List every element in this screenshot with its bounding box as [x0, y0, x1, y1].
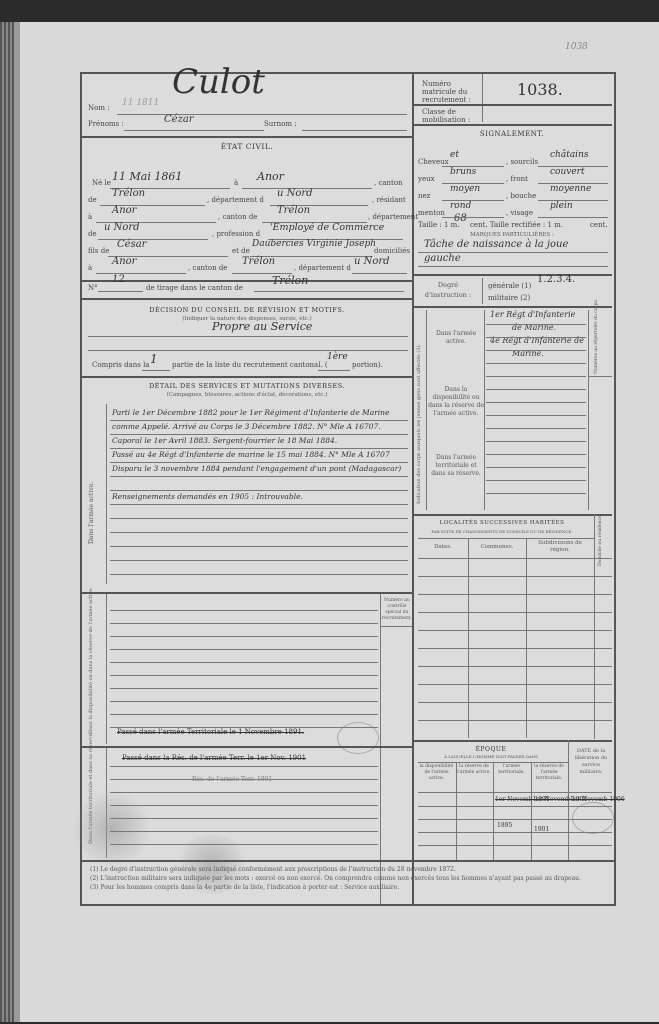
epoque-title: ÉPOQUE — [416, 746, 566, 753]
tirage-canton: Trélon — [272, 274, 308, 287]
tirage-no-label: N° — [88, 284, 98, 292]
epoque-value: 1er Novemb 1906 — [570, 796, 625, 803]
mother-name: Daubercies Virginie Joseph — [252, 239, 376, 249]
profession-label: , profession d — [212, 230, 260, 238]
signalement-label: yeux — [418, 175, 435, 183]
generale-value: 1.2.3.4. — [537, 274, 575, 285]
signalement-label: , bouche — [506, 192, 536, 200]
partie-value: 1 — [150, 352, 158, 366]
portion-label: portion). — [352, 361, 383, 369]
service-line: Renseignements demandés en 1905 : Introu… — [112, 492, 303, 501]
signalement-label: , front — [506, 175, 528, 183]
signalement-value: moyenne — [550, 184, 591, 194]
decision-title: DÉCISION DU CONSEIL DE RÉVISION ET MOTIF… — [82, 306, 412, 314]
passe-territoriale: Passé dans l'armée Territoriale le 1 Nov… — [117, 728, 304, 736]
signalement-value: moyen — [450, 184, 480, 194]
surname: Culot — [172, 62, 265, 102]
canton-label: , canton — [374, 179, 403, 187]
service-line: Caporal le 1er Avril 1883. Sergent-fourr… — [112, 436, 337, 445]
services-subtitle: (Campagnes, blessures, actions d'éclat, … — [82, 392, 412, 398]
militaire-label: militaire (2) — [488, 294, 530, 302]
localites-col-dates: Dates. — [418, 544, 468, 551]
residence-canton: Trélon — [277, 205, 310, 216]
signalement-value: châtains — [550, 150, 588, 160]
tirage-number: 12 — [112, 274, 125, 285]
a-label-2: à — [88, 213, 92, 221]
portion-value: 1ère — [327, 352, 348, 362]
canton-dom-label: , canton de — [188, 264, 227, 272]
corps-disponibilite-label: Dans la disponibilité ou dans la réserve… — [428, 386, 484, 418]
signalement-value: bruns — [450, 167, 476, 177]
departement-dom-label: , département d — [294, 264, 351, 272]
taille-cm-label: cent. Taille rectifiée : 1 m. — [470, 221, 563, 229]
signalement-label: , visage — [506, 209, 533, 217]
matricule-number: 1038. — [517, 80, 563, 99]
corps-territoriale-label: Dans l'armée territoriale et dans sa rés… — [428, 454, 484, 478]
canton-res-label: , canton de — [218, 213, 257, 221]
birth-departement: u Nord — [277, 188, 313, 199]
footnote: (2) L'instruction militaire sera indiqué… — [90, 875, 581, 882]
signalement-label: nez — [418, 192, 430, 200]
signalement-value: rond — [450, 201, 471, 211]
footnote: (1) Le degré d'instruction générale sera… — [90, 866, 456, 873]
fils-de-label: fils de — [88, 247, 109, 255]
residence-departement: u Nord — [104, 222, 140, 233]
stain — [72, 789, 152, 869]
localites-title: LOCALITÉS SUCCESSIVES HABITÉES — [412, 520, 592, 526]
signalement-value: plein — [550, 201, 573, 211]
degre-label: Degré d'instruction : — [418, 280, 478, 300]
epoque-column: l'armée territoriale. — [493, 764, 530, 776]
corps-side-label: Indication des corps auxquels les jeunes… — [416, 344, 422, 504]
epoque-column: la disponibilité de l'armée active. — [418, 764, 455, 782]
corps-active-line: 1er Régt d'Infanterie — [490, 310, 575, 319]
signalement-label: , sourcils — [506, 158, 538, 166]
epoque-column: la réserve de l'armée territoriale. — [531, 764, 568, 782]
localites-col-subdivisions: Subdivisions de région. — [528, 540, 592, 554]
services-title: DÉTAIL DES SERVICES ET MUTATIONS DIVERSE… — [82, 382, 412, 390]
corps-active-label: Dans l'armée active. — [428, 330, 484, 346]
signalement-label: menton — [418, 209, 445, 217]
profession: 'Employé de Commerce — [270, 222, 384, 233]
departement2-label: , département — [368, 213, 418, 221]
footnote: (3) Pour les hommes compris dans la 4e p… — [90, 884, 399, 891]
de-label: de — [88, 196, 97, 204]
epoque-year: 1901 — [534, 826, 549, 833]
numero-controle-label: Numéro au contrôle spécial du recrutemen… — [382, 598, 412, 622]
prenoms-label: Prénoms : — [88, 120, 124, 128]
service-line: Parti le 1er Décembre 1882 pour le 1er R… — [112, 408, 389, 417]
page-number: 1038 — [565, 42, 588, 52]
decision-value: Propre au Service — [212, 320, 312, 333]
signalement-label: Cheveux — [418, 158, 449, 166]
father-name: César — [117, 239, 146, 250]
domicile-departement: u Nord — [354, 256, 390, 267]
compris-label: Compris dans la — [92, 361, 149, 369]
passe-reserve: Passé dans la Rés. de l'armée Terr. le 1… — [122, 754, 306, 762]
domicile-canton: Trélon — [242, 256, 275, 267]
nom-prefix: 11 1811 — [122, 98, 159, 108]
corps-right-label: Numéros au répertoire du corps. — [594, 299, 599, 374]
departement-label: , département d — [207, 196, 264, 204]
signalement-title: SIGNALEMENT. — [412, 130, 612, 138]
service-line: Disparu le 3 novembre 1884 pendant l'eng… — [112, 464, 401, 473]
birth-canton: Trélon — [112, 188, 145, 199]
residence: Anor — [112, 205, 136, 216]
birth-date: 11 Mai 1861 — [112, 170, 182, 183]
ne-le-label: Né le — [92, 179, 111, 187]
signalement-value: et — [450, 150, 459, 160]
service-line: comme Appelé. Arrivé au Corps le 3 Décem… — [112, 422, 381, 431]
epoque-date-label: DATE de la libération du service militai… — [570, 748, 612, 776]
signalement-value: couvert — [550, 167, 585, 177]
matricule-label: Numéro matricule du recrutement : — [422, 80, 482, 104]
service-line: Passé au 4e Régt d'Infanterie de marine … — [112, 450, 390, 459]
domicilies-label: domiciliés — [374, 247, 410, 255]
services-side-label: Dans l'armée active. — [88, 482, 95, 544]
prenoms: Cézar — [164, 114, 194, 125]
a-label: à — [234, 179, 238, 187]
classe-label: Classe de mobilisation : — [422, 108, 482, 124]
tirage-label: de tirage dans le canton de — [146, 284, 243, 292]
generale-label: générale (1) — [488, 282, 531, 290]
epoque-column: la réserve de l'armée active. — [456, 764, 493, 776]
localites-col-communes: Communes. — [468, 544, 526, 551]
etat-civil-title: ÉTAT CIVIL. — [82, 142, 412, 151]
nom-label: Nom : — [88, 104, 110, 112]
surnom-label: Surnom : — [264, 120, 297, 128]
partie-label: partie de la liste du recrutement canton… — [172, 361, 328, 369]
taille-value: 68 — [454, 213, 467, 224]
localites-subtitle: PAR SUITE DE CHANGEMENTS DE DOMICILE OU … — [412, 529, 592, 534]
de-label-2: de — [88, 230, 97, 238]
et-de-label: et de — [232, 247, 250, 255]
military-register-form: Culot Nom : 11 1811 Prénoms : Cézar Surn… — [80, 72, 616, 906]
epoque-year: 1895 — [497, 822, 512, 829]
epoque-subtitle: À LAQUELLE L'HOMME DOIT PASSER DANS — [416, 754, 566, 759]
birth-place: Anor — [257, 170, 284, 183]
a-label-3: à — [88, 264, 92, 272]
residant-label: , résidant — [372, 196, 406, 204]
domicile: Anor — [112, 256, 136, 267]
taille-cm-end: cent. — [590, 221, 608, 229]
disponibilite-side-label: Dans la disponibilité ou dans la réserve… — [88, 587, 94, 734]
